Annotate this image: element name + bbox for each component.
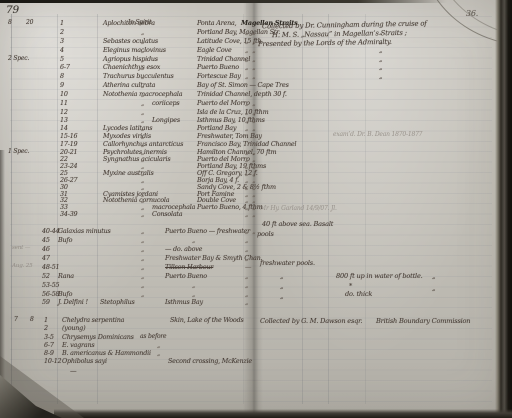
cell-ditto: —: [245, 263, 255, 271]
cell-spirit-ditto: „: [141, 55, 144, 63]
cell-spirit-ditto: „: [141, 227, 144, 235]
book-edge-bottom: [54, 409, 512, 418]
cell-number: 40-44: [42, 227, 59, 235]
book-edge-top: [0, 0, 447, 3]
table-row: 10Notothenia macrocephala„Trinidad Chann…: [0, 90, 512, 99]
cell-species-sub: Stetophilus: [100, 298, 135, 306]
table-row: 2(young): [0, 324, 512, 333]
cell-date: 8: [30, 316, 34, 323]
cell-spirit: In Spirit: [128, 19, 151, 26]
cell-ditto: „: [245, 245, 252, 253]
cell-number: 46: [42, 245, 50, 253]
book-edge-right: [495, 0, 512, 418]
cell-locality: Skin, Lake of the Woods: [170, 316, 244, 324]
cell-locality: Trinidad Channel: [197, 55, 250, 63]
cell-number: 47: [42, 254, 50, 262]
cell-ditto: „„: [245, 63, 260, 71]
cell-ditto: „„: [245, 72, 260, 80]
cell-ditto: „„: [245, 55, 260, 63]
cell-species: Atherina cultrata: [103, 81, 155, 89]
cell-number: 14: [60, 124, 68, 132]
cell-locality-struck: Tillson Harbour: [165, 263, 213, 271]
table-row: 45Bufo„„„: [0, 236, 512, 245]
cell-number: 45: [42, 236, 50, 244]
table-row: 8Trachurus bucculentus„Fortescue Bay„„: [0, 72, 512, 81]
cell-ditto: „: [245, 236, 252, 244]
ledger-scan: 79 36. Collected by Dr. Cunningham durin…: [0, 0, 512, 418]
cell-ditto: „„: [245, 210, 260, 218]
cell-species-sub: Consolata: [152, 210, 182, 218]
table-row: 11coriiceps„Puerto del Morro„„: [0, 99, 512, 108]
cell-number: 1: [60, 19, 64, 27]
cell-species: Ophibolus sayi: [62, 357, 107, 365]
cell-ditto: „: [157, 349, 160, 357]
cell-spirit-ditto: „: [141, 81, 144, 89]
cell-ditto: „„: [245, 108, 260, 116]
cell-ditto: „: [192, 236, 195, 244]
cell-number: 2: [60, 28, 64, 36]
cell-number: 12: [60, 108, 68, 116]
cell-date: 8: [8, 19, 12, 26]
table-row: 6-7Chaenichthys esox„Puerto Bueno„„: [0, 63, 512, 72]
cell-locality: Isthmus Bay: [165, 298, 203, 306]
table-row: sent —46„— do. above„: [0, 245, 512, 254]
cell-locality: Puerto del Morro: [197, 99, 250, 107]
cell-species: Chaenichthys esox: [103, 63, 160, 71]
cell-ditto: „: [192, 281, 195, 289]
cell-locality: Puerto Bueno: [165, 272, 207, 280]
cell-ditto: „„: [245, 37, 260, 45]
cell-number: 34-39: [60, 210, 77, 218]
cell-number: 52: [42, 272, 50, 280]
cell-number: 10: [60, 90, 68, 98]
cell-spirit-ditto: „: [141, 290, 144, 298]
cell-species: Bufo: [58, 290, 72, 298]
cell-locality: Puerto Bueno — freshwater: [165, 227, 250, 235]
page-corner-curl: [428, 0, 502, 48]
cell-locality-insert: Magellan Straits: [241, 19, 297, 27]
cell-number: 8: [60, 72, 64, 80]
cell-date: 20: [26, 19, 33, 26]
cell-ditto: „: [157, 341, 160, 349]
cell-number: 13: [60, 116, 68, 124]
cell-species-sub: Longipes: [152, 116, 180, 124]
cell-locality: Eagle Cove: [197, 46, 232, 54]
cell-number: 8-9: [44, 349, 54, 357]
cell-species: Sebastes oculatus: [103, 37, 158, 45]
cell-species: (young): [62, 324, 85, 332]
cell-locality: Trinidad Channel, depth 30 f.: [197, 90, 287, 98]
table-row: 10-12Ophibolus sayiSecond crossing, McKe…: [0, 357, 512, 366]
cell-locality: — do. above: [165, 245, 202, 253]
cell-remark: as before: [140, 333, 166, 340]
cell-spirit-ditto: „: [141, 108, 144, 116]
cell-locality: Bay of St. Simon — Cape Tres: [197, 81, 289, 89]
cell-number: 4: [60, 46, 64, 54]
cell-ditto: „„: [245, 124, 260, 132]
cell-locality: Francisco Bay, Trinidad Channel: [197, 140, 296, 148]
cell-species: Eleginus maclovinus: [103, 46, 166, 54]
cell-species: E. vagrans: [62, 341, 95, 349]
cell-number: 6-7: [60, 63, 70, 71]
cell-species: Galaxias minutus: [58, 227, 111, 235]
cell-locality: Fortescue Bay: [197, 72, 241, 80]
cell-spirit-ditto: „: [141, 272, 144, 280]
cell-locality: Portland Bay: [197, 124, 236, 132]
cell-species: Agriopus hispidus: [103, 55, 158, 63]
cell-number: 6-7: [44, 341, 54, 349]
book-edge-left: [0, 150, 5, 382]
cell-ditto: „„: [245, 46, 260, 54]
cell-number: 15-16: [60, 132, 77, 140]
cell-species: Rana: [58, 272, 74, 280]
cell-ditto: „: [245, 290, 252, 298]
cell-species: Trachurus bucculentus: [103, 72, 174, 80]
cell-ditto: „: [245, 281, 252, 289]
cell-number: 59: [42, 298, 50, 306]
cell-ditto: „: [192, 290, 195, 298]
cell-ditto: „„: [245, 227, 260, 235]
cell-number: 10-12: [44, 357, 61, 365]
cell-species: Lycodes latitans: [103, 124, 152, 132]
cell-species: J. Delfini !: [58, 298, 88, 306]
cell-spirit-ditto: „: [141, 99, 144, 107]
cell-number: 56-58: [42, 290, 59, 298]
cell-spirit-ditto: „: [141, 90, 144, 98]
table-row: 47„Freshwater Bay & Smyth Chan.„: [0, 254, 512, 263]
cell-spirit-ditto: „: [141, 140, 144, 148]
cell-number: 2: [44, 324, 48, 332]
cell-number: 9: [60, 81, 64, 89]
table-row: 52Rana„Puerto Bueno„: [0, 272, 512, 281]
table-row: 59J. Delfini !StetophilusIsthmus Bay„: [0, 298, 512, 307]
table-row: 53-55„„„: [0, 281, 512, 290]
cell-spirit-ditto: „: [141, 281, 144, 289]
left-folio-number: 79: [6, 4, 19, 16]
end-dash: —: [70, 367, 76, 375]
cell-date: 1 Spec.: [8, 148, 29, 155]
cell-spirit-ditto: „: [141, 236, 144, 244]
cell-remark: Second crossing, McKenzie: [168, 357, 252, 365]
cell-number: 3-5: [44, 333, 54, 341]
table-row: 9Atherina cultrata„Bay of St. Simon — Ca…: [0, 81, 512, 90]
cell-date: 7: [14, 316, 18, 323]
cell-spirit-ditto: „: [141, 210, 144, 218]
cell-ditto: „: [245, 298, 252, 306]
cell-ditto: „: [245, 254, 252, 262]
cell-species: Chrysemys Dominicans: [62, 333, 134, 341]
cell-number: 17-19: [60, 140, 77, 148]
cell-ditto: „„: [245, 28, 260, 36]
cell-locality: Ponta Arena,: [197, 19, 236, 27]
cell-number: 11: [60, 99, 68, 107]
cell-spirit-ditto: „: [141, 37, 144, 45]
cell-ditto: „„: [245, 116, 260, 124]
cell-spirit-ditto: „: [141, 124, 144, 132]
cell-locality: Freshwater, Tom Bay: [197, 132, 262, 140]
cell-species-sub: coriiceps: [152, 99, 180, 107]
cell-species: Chelydra serpentina: [62, 316, 124, 324]
cell-locality: Puerto Bueno: [197, 63, 239, 71]
table-row: 34-39Consolata„„„: [0, 210, 512, 219]
cell-spirit-ditto: „: [141, 72, 144, 80]
cell-date: 2 Spec.: [8, 55, 29, 62]
cell-margin-note: Aug. 25: [12, 263, 33, 269]
cell-number: 48-51: [42, 263, 59, 271]
cell-number: 1: [44, 316, 48, 324]
cell-number: 3: [60, 37, 64, 45]
cell-species: B. americanus & Hammondii: [62, 349, 151, 357]
cell-ditto: „: [245, 272, 252, 280]
cell-number: 5: [60, 55, 64, 63]
cell-spirit-ditto: „: [141, 263, 144, 271]
cell-spirit-ditto: „: [141, 46, 144, 54]
cell-spirit-ditto: „: [141, 116, 144, 124]
cell-number: 53-55: [42, 281, 59, 289]
table-row: 40-44Galaxias minutus„Puerto Bueno — fre…: [0, 227, 512, 236]
cell-spirit-ditto: „: [141, 254, 144, 262]
cell-locality: Portland Bay, Magellan Str.: [197, 28, 280, 36]
cell-margin-note: sent —: [12, 245, 30, 251]
cell-species: Bufo: [58, 236, 72, 244]
cell-spirit-ditto: „: [141, 132, 144, 140]
cell-ditto: „„: [245, 99, 260, 107]
cell-spirit-ditto: „: [141, 28, 144, 36]
cell-spirit-ditto: „: [141, 245, 144, 253]
table-row: Aug. 2548-51„Tillson Harbour—: [0, 263, 512, 272]
cell-spirit-ditto: „: [141, 63, 144, 71]
